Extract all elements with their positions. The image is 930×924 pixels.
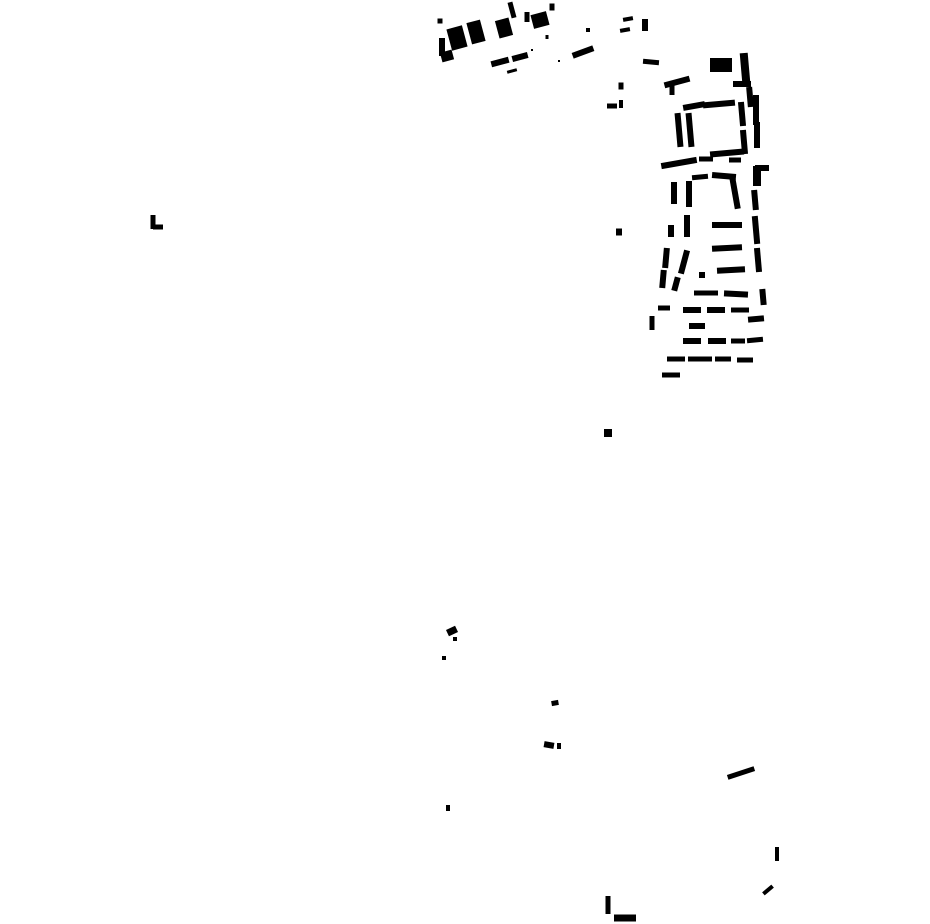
building-footprint (759, 289, 766, 305)
building-footprint (614, 915, 636, 922)
building-footprint (604, 429, 612, 437)
building-footprint (531, 49, 533, 51)
building-footprint (707, 307, 725, 313)
building-footprint (689, 323, 705, 329)
building-footprint (659, 270, 667, 288)
building-footprint (606, 896, 611, 914)
building-footprint (729, 177, 740, 210)
building-footprint (708, 338, 726, 344)
building-footprint (724, 290, 748, 297)
building-footprint (572, 45, 595, 58)
building-footprint (446, 25, 467, 50)
building-footprint (712, 244, 742, 252)
building-footprint (661, 157, 697, 169)
building-footprint (715, 357, 731, 362)
building-footprint (694, 291, 718, 296)
building-footprint (755, 165, 769, 171)
building-footprint (446, 626, 458, 637)
building-footprint (747, 337, 763, 343)
building-footprint (643, 59, 659, 65)
building-footprint (710, 58, 732, 72)
building-footprint (557, 743, 561, 749)
building-footprint (453, 637, 457, 641)
figure-ground-map (0, 0, 930, 924)
building-footprint (733, 81, 751, 87)
building-footprint (675, 113, 684, 147)
building-footprint (671, 276, 680, 291)
building-footprint (607, 104, 617, 109)
building-footprint (662, 373, 680, 378)
building-footprint (623, 16, 634, 22)
building-footprint (753, 95, 759, 125)
building-footprint (551, 700, 559, 706)
building-footprint (710, 149, 744, 158)
building-footprint (668, 225, 674, 237)
building-footprint (491, 57, 510, 67)
building-footprint (650, 316, 655, 330)
building-footprint (558, 60, 560, 62)
building-footprint (586, 28, 590, 32)
building-footprint (731, 308, 749, 313)
building-footprint (642, 19, 648, 31)
building-footprint (619, 83, 624, 90)
building-footprint (754, 122, 760, 148)
building-footprint (751, 190, 759, 210)
building-footprint (620, 27, 631, 33)
building-footprint (699, 272, 705, 278)
building-footprint (688, 357, 712, 362)
building-footprint (662, 248, 670, 268)
building-footprint (670, 85, 675, 95)
building-footprint (683, 338, 701, 344)
building-footprint (683, 101, 706, 111)
building-footprint (748, 315, 764, 322)
building-footprint (525, 12, 530, 22)
building-footprint (664, 76, 691, 89)
building-footprint (658, 306, 670, 311)
building-footprint (712, 222, 742, 228)
building-footprint (507, 68, 517, 73)
building-footprint (508, 2, 517, 19)
scattered-buildings (151, 83, 780, 922)
building-footprints (0, 0, 930, 924)
building-footprint (446, 805, 450, 811)
northern-cluster (438, 2, 660, 74)
building-footprint (737, 358, 753, 363)
building-footprint (671, 182, 677, 204)
building-footprint (699, 157, 713, 162)
building-footprint (727, 766, 755, 779)
building-footprint (729, 158, 741, 163)
building-footprint (544, 741, 555, 749)
building-footprint (746, 87, 754, 107)
eastern-grid (650, 53, 770, 378)
building-footprint (550, 4, 555, 11)
building-footprint (775, 847, 779, 861)
building-footprint (438, 19, 443, 24)
building-footprint (752, 216, 760, 244)
building-footprint (546, 35, 549, 39)
building-footprint (511, 52, 528, 62)
building-footprint (495, 17, 513, 38)
building-footprint (153, 225, 163, 230)
building-footprint (754, 248, 762, 272)
building-footprint (684, 215, 690, 237)
building-footprint (466, 20, 485, 45)
building-footprint (717, 266, 745, 273)
building-footprint (762, 885, 774, 896)
building-footprint (740, 53, 751, 84)
building-footprint (686, 181, 692, 207)
building-footprint (619, 100, 623, 108)
building-footprint (738, 102, 746, 126)
building-footprint (703, 100, 735, 109)
building-footprint (667, 357, 685, 362)
building-footprint (692, 174, 708, 180)
building-footprint (686, 113, 695, 147)
building-footprint (530, 11, 549, 29)
building-footprint (683, 307, 701, 313)
building-footprint (731, 339, 745, 344)
building-footprint (442, 656, 446, 660)
building-footprint (678, 250, 690, 275)
building-footprint (616, 229, 622, 236)
